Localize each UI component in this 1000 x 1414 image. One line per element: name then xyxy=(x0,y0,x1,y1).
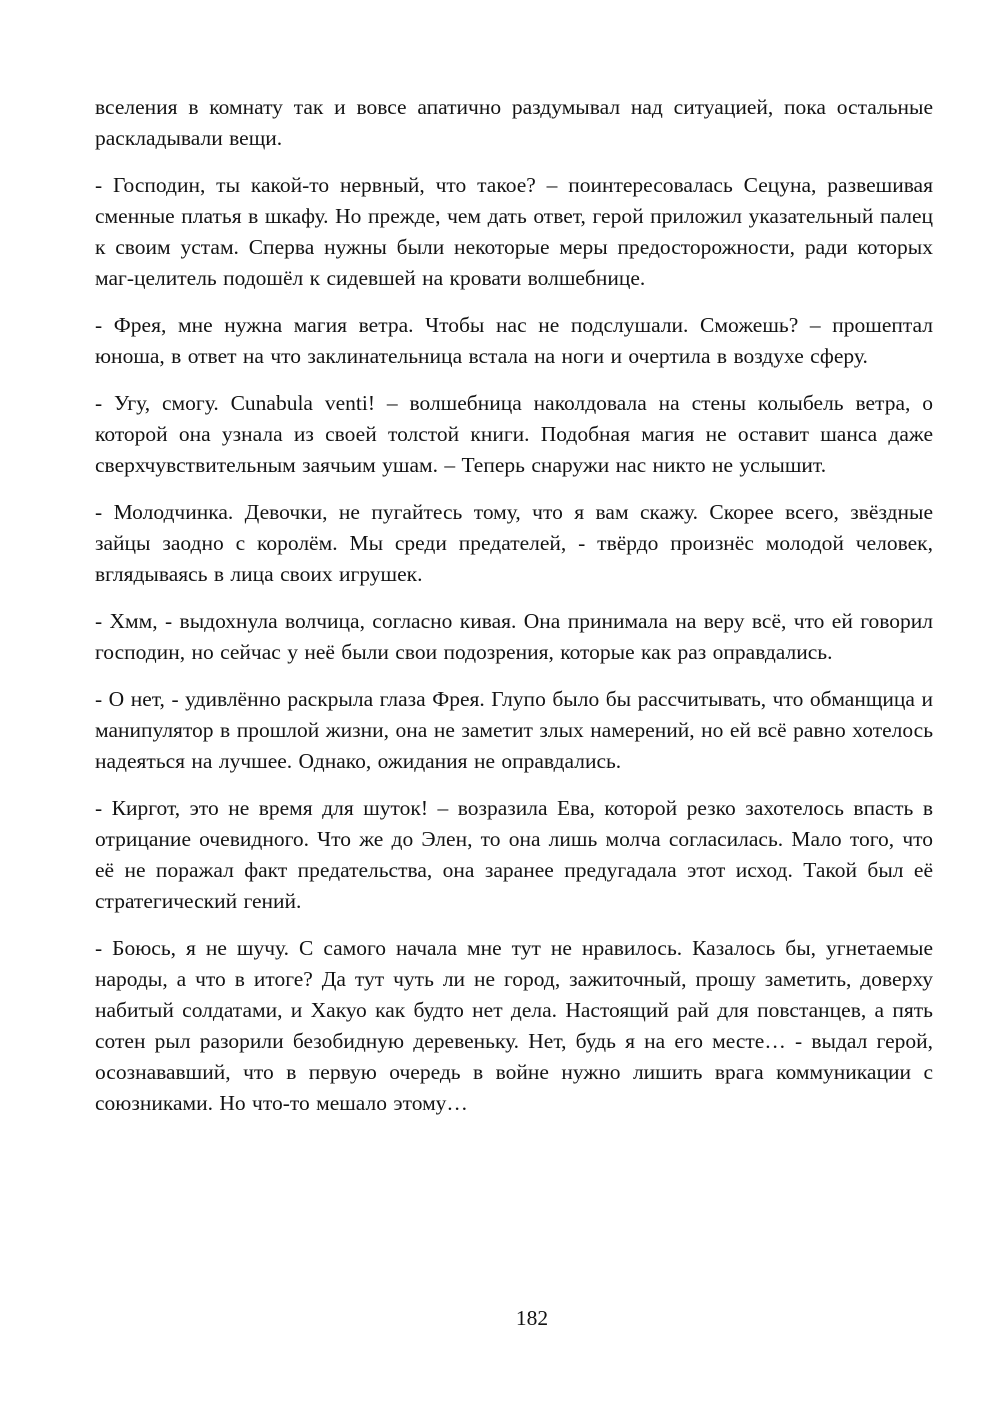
paragraph: - Молодчинка. Девочки, не пугайтесь тому… xyxy=(95,497,933,590)
paragraph: - Хмм, - выдохнула волчица, согласно кив… xyxy=(95,606,933,668)
paragraph: - О нет, - удивлённо раскрыла глаза Фрея… xyxy=(95,684,933,777)
paragraph: - Господин, ты какой-то нервный, что так… xyxy=(95,170,933,294)
document-page: вселения в комнату так и вовсе апатично … xyxy=(0,0,1000,1414)
paragraph: - Фрея, мне нужна магия ветра. Чтобы нас… xyxy=(95,310,933,372)
text-content: вселения в комнату так и вовсе апатично … xyxy=(95,92,933,1135)
paragraph: - Угу, смогу. Cunabula venti! – волшебни… xyxy=(95,388,933,481)
page-number: 182 xyxy=(0,1305,1000,1331)
paragraph: вселения в комнату так и вовсе апатично … xyxy=(95,92,933,154)
paragraph: - Киргот, это не время для шуток! – возр… xyxy=(95,793,933,917)
paragraph: - Боюсь, я не шучу. С самого начала мне … xyxy=(95,933,933,1119)
